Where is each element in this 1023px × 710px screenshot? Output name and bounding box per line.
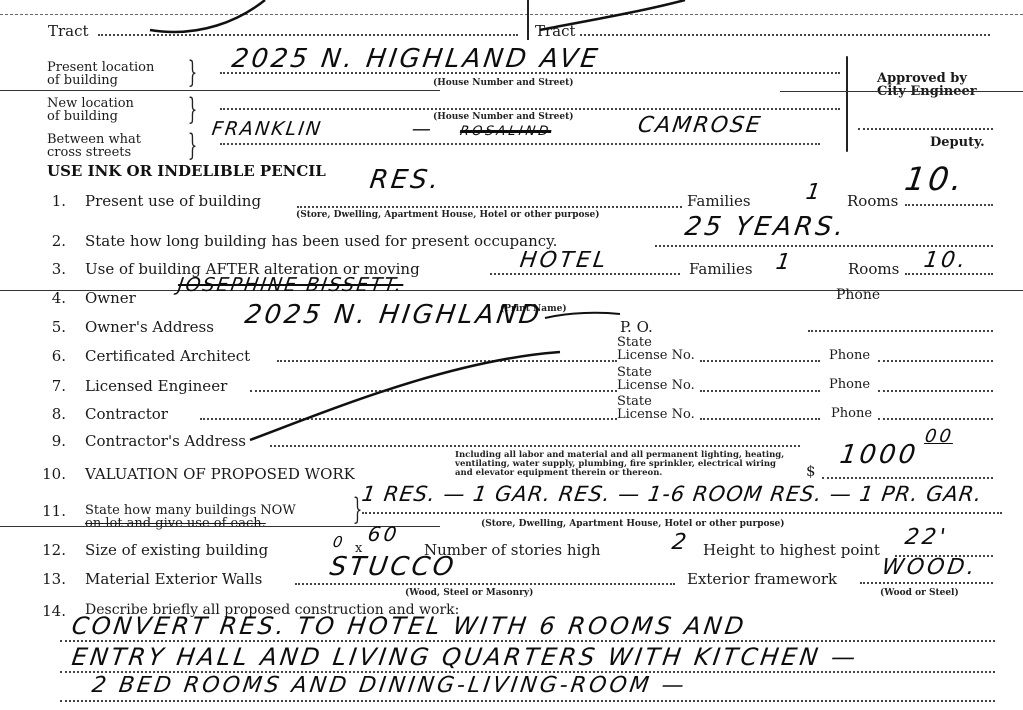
house-number-caption-2: (House Number and Street) (433, 112, 574, 122)
owner-address-value[interactable]: 2025 N. HIGHLAND (243, 300, 544, 330)
item-number: 11. (36, 502, 66, 520)
families-label: Families (689, 260, 753, 278)
item-number: 1. (36, 192, 66, 210)
rooms-value[interactable]: 10. (922, 248, 970, 273)
cross-streets-label: Between what cross streets (47, 133, 141, 159)
rooms-field (905, 273, 993, 275)
exterior-walls-caption: (Wood, Steel or Masonry) (405, 588, 533, 598)
families-label: Families (687, 192, 751, 210)
top-rule (0, 14, 1023, 15)
tract-label: Tract (48, 22, 89, 40)
stories-value[interactable]: 2 (670, 530, 691, 555)
families-value[interactable]: 1 (804, 180, 825, 205)
present-use-value[interactable]: RES. (368, 165, 443, 195)
owner-address-label: Owner's Address (85, 318, 214, 336)
brace: } (188, 95, 198, 125)
owner-label: Owner (85, 289, 136, 307)
tract-field[interactable] (98, 34, 518, 36)
brace: } (188, 58, 198, 88)
proposed-work-line[interactable]: CONVERT RES. TO HOTEL WITH 6 ROOMS AND (70, 612, 748, 640)
engineer-phone-field[interactable] (878, 390, 993, 392)
exterior-walls-field (295, 583, 675, 585)
rooms-label: Rooms (847, 192, 898, 210)
engineer-label: Licensed Engineer (85, 377, 227, 395)
item-number: 2. (36, 232, 66, 250)
framework-caption: (Wood or Steel) (880, 588, 959, 598)
item-number: 10. (36, 465, 66, 483)
valuation-note: Including all labor and material and all… (455, 451, 795, 478)
item-number: 4. (36, 289, 66, 307)
approval-signature-field[interactable] (858, 128, 993, 130)
occupancy-duration-field (655, 245, 993, 247)
architect-phone-field[interactable] (878, 360, 993, 362)
item-number: 3. (36, 260, 66, 278)
owner-value[interactable]: JOSEPHINE BISSETT. (176, 274, 404, 296)
proposed-work-line[interactable]: ENTRY HALL AND LIVING QUARTERS WITH KITC… (70, 643, 860, 671)
cross-streets-dash: — (410, 118, 434, 140)
occupancy-duration-label: State how long building has been used fo… (85, 232, 557, 250)
proposed-work-field (60, 640, 995, 642)
item-number: 5. (36, 318, 66, 336)
deputy-label: Deputy. (930, 136, 985, 149)
exterior-walls-value[interactable]: STUCCO (328, 552, 458, 582)
engineer-license: State License No. (617, 366, 695, 392)
use-after-value[interactable]: HOTEL (518, 248, 610, 273)
contractor-address-label: Contractor's Address (85, 432, 246, 450)
house-number-caption: (House Number and Street) (433, 78, 574, 88)
cross-streets-struck: ROSALIND (459, 124, 552, 139)
proposed-work-field (60, 700, 995, 702)
valuation-label: VALUATION OF PROPOSED WORK (85, 465, 355, 483)
item-number: 7. (36, 377, 66, 395)
cross-streets-field (220, 143, 820, 145)
exterior-walls-label: Material Exterior Walls (85, 570, 262, 588)
architect-label: Certificated Architect (85, 347, 250, 365)
height-value[interactable]: 22' (903, 525, 950, 550)
valuation-value[interactable]: 1000 (838, 440, 920, 470)
proposed-work-line[interactable]: 2 BED ROOMS AND DINING-LIVING-ROOM — (90, 673, 688, 698)
item-number: 13. (36, 570, 66, 588)
po-field[interactable] (808, 330, 993, 332)
present-use-field (297, 206, 682, 208)
occupancy-duration-value[interactable]: 25 YEARS. (683, 212, 848, 242)
new-location-label: New location of building (47, 97, 134, 123)
framework-value[interactable]: WOOD. (880, 555, 979, 580)
contractor-field[interactable] (200, 418, 617, 420)
engineer-field[interactable] (250, 390, 617, 392)
cross-streets-value-a[interactable]: FRANKLIN (210, 118, 323, 140)
rooms-label: Rooms (848, 260, 899, 278)
currency-symbol: $ (806, 462, 816, 480)
approval-rule (780, 91, 1023, 92)
present-location-value[interactable]: 2025 N. HIGHLAND AVE (230, 44, 602, 74)
item-number: 12. (36, 541, 66, 559)
size-width[interactable]: 0 (332, 533, 347, 551)
valuation-field (822, 477, 993, 479)
tract-field-right[interactable] (580, 34, 990, 36)
section-rule (0, 90, 440, 91)
contractor-license: State License No. (617, 395, 695, 421)
building-size-label: Size of existing building (85, 541, 268, 559)
item-number: 8. (36, 405, 66, 423)
tract-divider (527, 0, 529, 40)
approval-bracket (846, 56, 848, 152)
size-length[interactable]: 60 (366, 522, 401, 546)
item-number: 14. (36, 602, 66, 620)
contractor-license-field[interactable] (700, 418, 820, 420)
cross-streets-value-b[interactable]: CAMROSE (636, 113, 763, 138)
present-use-caption: (Store, Dwelling, Apartment House, Hotel… (296, 210, 600, 220)
brace: } (188, 131, 198, 161)
item-number: 6. (36, 347, 66, 365)
present-location-label: Present location of building (47, 61, 154, 87)
height-label: Height to highest point (703, 541, 880, 559)
architect-license: State License No. (617, 336, 695, 362)
instruction-heading: USE INK OR INDELIBLE PENCIL (47, 162, 326, 180)
framework-label: Exterior framework (687, 570, 837, 588)
engineer-license-field[interactable] (700, 390, 820, 392)
present-use-label: Present use of building (85, 192, 261, 210)
new-location-field[interactable] (220, 108, 840, 110)
contractor-label: Contractor (85, 405, 168, 423)
architect-field[interactable] (277, 360, 617, 362)
architect-license-field[interactable] (700, 360, 820, 362)
buildings-now-caption: (Store, Dwelling, Apartment House, Hotel… (481, 519, 785, 529)
item-number: 9. (36, 432, 66, 450)
phone-label: Phone (829, 349, 870, 362)
rooms-field (905, 204, 993, 206)
valuation-cents: 00 (924, 426, 956, 447)
use-after-field (490, 273, 680, 275)
approved-by-label: Approved by City Engineer (877, 72, 977, 98)
framework-field (860, 582, 993, 584)
po-label: P. O. (620, 318, 653, 336)
contractor-address-field[interactable] (270, 445, 800, 447)
buildings-now-field (362, 512, 1002, 514)
phone-label: Phone (831, 407, 872, 420)
contractor-phone-field[interactable] (878, 418, 993, 420)
phone-label: Phone (836, 287, 880, 303)
present-location-field (220, 72, 840, 74)
phone-label: Phone (829, 378, 870, 391)
rooms-value[interactable]: 10. (902, 160, 967, 198)
buildings-now-value[interactable]: 1 RES. — 1 GAR. RES. — 1-6 ROOM RES. — 1… (360, 482, 984, 506)
families-value[interactable]: 1 (774, 250, 795, 275)
tract-label-right: Tract (535, 22, 576, 40)
